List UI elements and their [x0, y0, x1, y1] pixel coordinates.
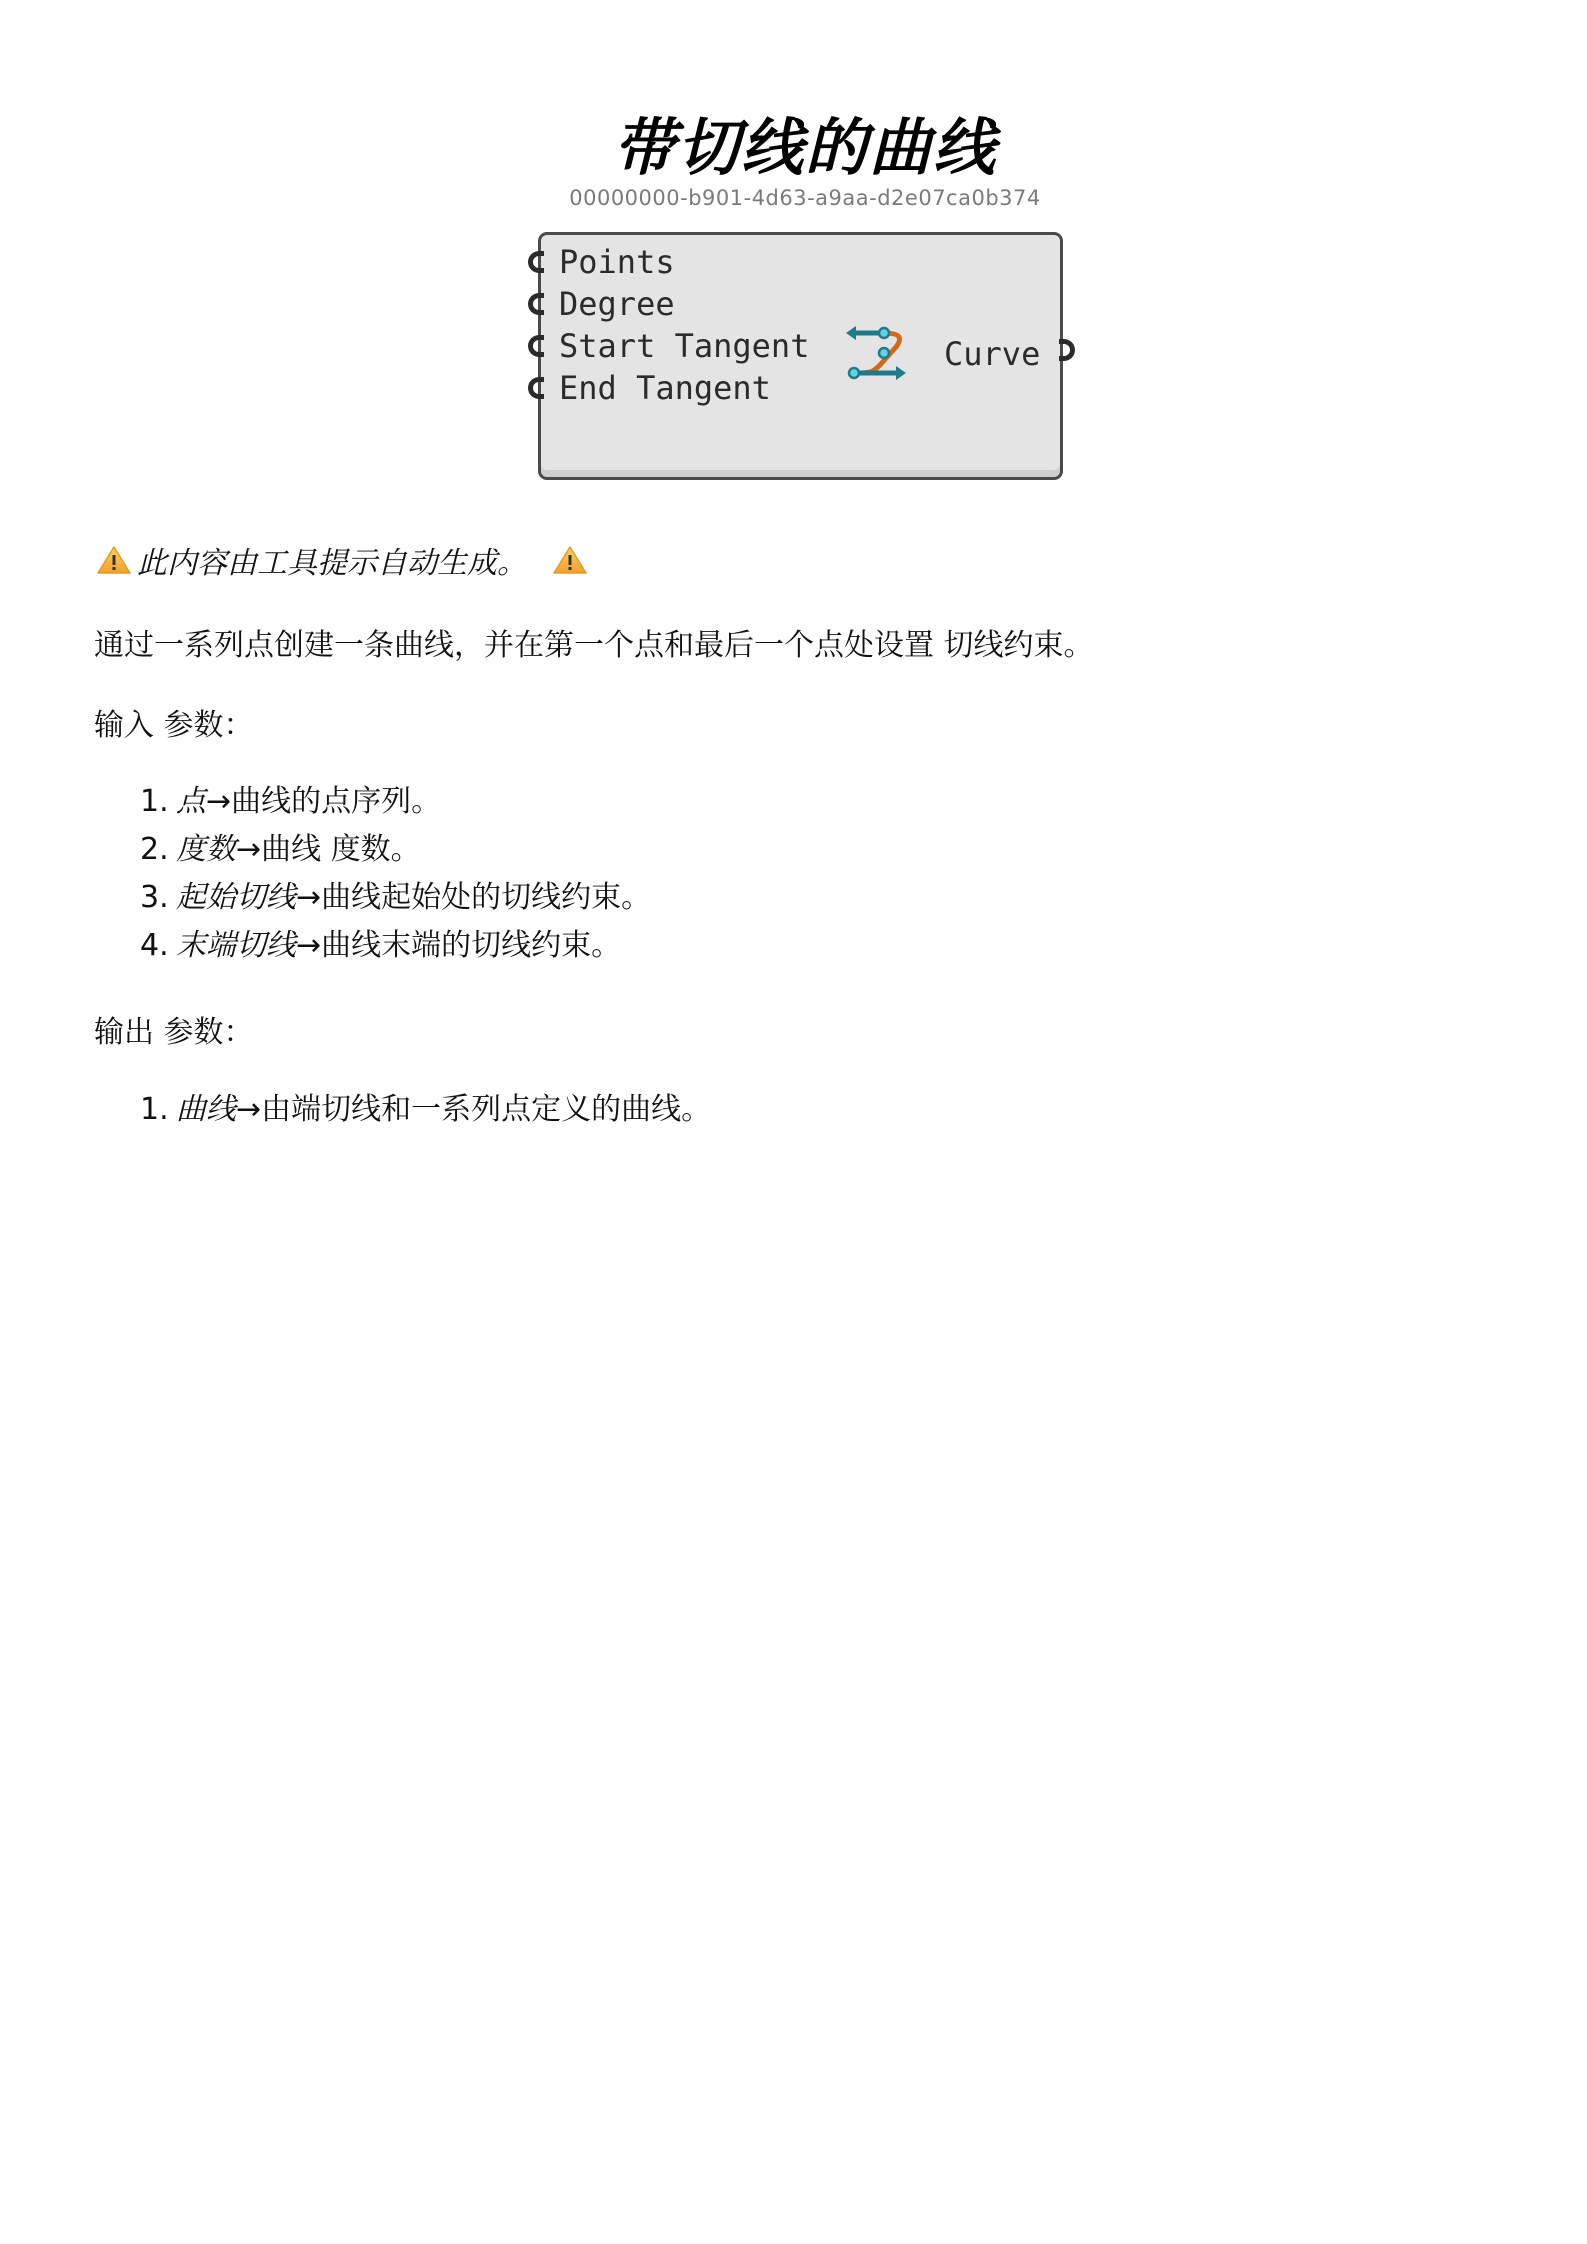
component-node: Points Degree Start Tangent End Tangent …: [538, 232, 1063, 480]
output-param-curve: Curve: [944, 335, 1040, 373]
input-param-start-tangent: Start Tangent: [559, 327, 809, 365]
param-name: 曲线: [176, 1092, 236, 1127]
input-param-points: Points: [559, 243, 675, 281]
inputs-heading: 输入 参数：: [94, 700, 254, 744]
list-item: 1.曲线→由端切线和一系列点定义的曲线。: [140, 1086, 711, 1134]
input-grip-points[interactable]: [528, 251, 544, 273]
param-name: 起始切线: [176, 880, 296, 915]
list-item: 1.点→曲线的点序列。: [140, 778, 651, 826]
page-title: 带切线的曲线: [0, 98, 1587, 187]
output-grip-curve[interactable]: [1059, 339, 1075, 361]
param-name: 点: [176, 784, 206, 819]
list-item: 4.末端切线→曲线末端的切线约束。: [140, 922, 651, 970]
input-grip-degree[interactable]: [528, 293, 544, 315]
notice-text: 此内容由工具提示自动生成。: [137, 538, 527, 582]
input-param-degree: Degree: [559, 285, 675, 323]
param-desc: 曲线 度数。: [261, 832, 421, 867]
param-name: 末端切线: [176, 928, 296, 963]
param-name: 度数: [176, 832, 236, 867]
component-description: 通过一系列点创建一条曲线，并在第一个点和最后一个点处设置 切线约束。: [94, 620, 1094, 664]
param-desc: 曲线起始处的切线约束。: [321, 880, 651, 915]
curve-with-tangents-icon: [844, 319, 910, 385]
output-params-list: 1.曲线→由端切线和一系列点定义的曲线。: [140, 1086, 711, 1134]
list-item: 3.起始切线→曲线起始处的切线约束。: [140, 874, 651, 922]
warning-icon: [553, 545, 587, 575]
list-item: 2.度数→曲线 度数。: [140, 826, 651, 874]
outputs-heading: 输出 参数：: [94, 1007, 254, 1051]
auto-generated-notice: 此内容由工具提示自动生成。: [97, 538, 587, 582]
input-grip-end-tangent[interactable]: [528, 377, 544, 399]
param-desc: 曲线的点序列。: [231, 784, 441, 819]
warning-icon: [97, 545, 131, 575]
input-params-list: 1.点→曲线的点序列。 2.度数→曲线 度数。 3.起始切线→曲线起始处的切线约…: [140, 778, 651, 970]
input-grip-start-tangent[interactable]: [528, 335, 544, 357]
param-desc: 由端切线和一系列点定义的曲线。: [261, 1092, 711, 1127]
param-desc: 曲线末端的切线约束。: [321, 928, 621, 963]
component-guid: 00000000-b901-4d63-a9aa-d2e07ca0b374: [0, 186, 1587, 210]
input-param-end-tangent: End Tangent: [559, 369, 771, 407]
